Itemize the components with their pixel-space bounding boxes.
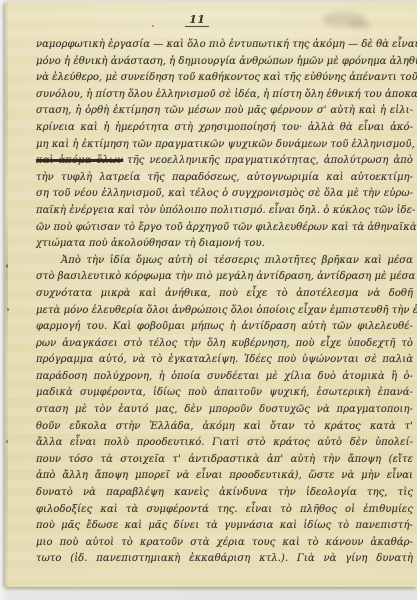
manuscript-line: στὸ βασιλευτικὸ κόρφωμα τὴν πιὸ μεγάλη ἀ…	[36, 269, 413, 286]
manuscript-line-text: τῆς νεοελληνικῆς πραγματικότητας, ἀπολύτ…	[127, 155, 413, 166]
paper-speck	[6, 440, 8, 443]
manuscript-line: δυνατὸ νὰ παραβλέψη κανεὶς ἀκίνδυνα τὴν …	[36, 485, 413, 502]
manuscript-line: φαρμογή του. Καὶ φοβοῦμαι μήπως ἡ ἀντίδρ…	[36, 319, 413, 336]
ink-bleed-smudge	[350, 20, 370, 29]
manuscript-line: τωτο (ἰδ. πανεπιστημιακὴ ἐκκαθάριση κτλ.…	[36, 551, 413, 568]
manuscript-line: θοῦν εὔκολα στὴν Ἑλλάδα, ἀκόμη καὶ ὅταν …	[36, 419, 413, 436]
manuscript-line: μετὰ μόνο ἐλευθερία ὅλοι ἀνθρώποις ὅλοι …	[36, 303, 413, 320]
manuscript-line: ῶν ποὺ φώτισαν τὸ ἔργο τοῦ ἀρχηγοῦ τῶν φ…	[36, 220, 413, 237]
paper-torn-edge	[5, 2, 8, 587]
paper-speck	[6, 264, 8, 268]
struck-out-text: καὶ ἀκόμα ὅλων	[36, 155, 123, 166]
manuscript-line: συνόλου, ἡ πίστη ὅλου ἑλληνισμοῦ σὲ ἰδέα…	[36, 87, 413, 104]
manuscript-line: ἀπὸ ἄλλη ἄποψη μπορεῖ νὰ εἶναι προοδευτι…	[36, 468, 413, 485]
manuscript-line: ἄλλα εἶναι πολὺ προοδευτικό. Γιατὶ στὸ κ…	[36, 435, 413, 452]
manuscript-line: παϊκὴ ἐνέργεια καὶ τὸν ὑπόλοιπο πολιτισμ…	[36, 203, 413, 220]
page-number: 11	[185, 13, 209, 27]
manuscript-line: μαδικὰ συμφέροντα, ἰδίως ποὺ ἀπαιτοῦν ψυ…	[36, 385, 413, 402]
manuscript-line: ναμορφωτικὴ ἐργασία — καὶ ὅλο πιὸ ἐντυπω…	[36, 37, 413, 54]
scan-background: 11 ναμορφωτικὴ ἐργασία — καὶ ὅλο πιὸ ἐντ…	[0, 0, 417, 600]
manuscript-line: μη καὶ ἡ ἐκτίμηση τῶν πραγματικῶν ψυχικῶ…	[36, 137, 413, 154]
manuscript-line: Ἀπὸ τὴν ἰδία ὅμως αὐτὴ οἱ τέσσερις πιλοτ…	[36, 253, 413, 270]
manuscript-line: τὴν τυφλὴ λατρεία τῆς παραδόσεως, αὐτογν…	[36, 170, 413, 187]
manuscript-line: καὶ ἀκόμα ὅλωντῆς νεοελληνικῆς πραγματικ…	[36, 153, 413, 170]
manuscript-line: ποὺ μᾶς ἔδωσε καὶ μᾶς δίνει τὰ γυμνάσια …	[36, 518, 413, 535]
manuscript-line: σταση, ἡ ὀρθὴ ἐκτίμηση τῶν μέσων ποὺ μᾶς…	[36, 103, 413, 120]
manuscript-page: 11 ναμορφωτικὴ ἐργασία — καὶ ὅλο πιὸ ἐντ…	[5, 2, 417, 587]
paper-speck	[152, 25, 154, 27]
manuscript-line: κρίνεια καὶ ἡ ἡμερότητα στὴ χρησιμοποίησ…	[36, 120, 413, 137]
manuscript-line: παράδοση πολύχρονη, ἡ ὁποία συνδέεται μὲ…	[36, 369, 413, 386]
manuscript-line: μόνο ἡ ἐθνικὴ ἀνάσταση, ἡ δημιουργία ἀνθ…	[36, 54, 413, 71]
manuscript-line: ση τοῦ νέου ἑλληνισμοῦ, καὶ τέλος ὁ συγχ…	[36, 186, 413, 203]
manuscript-line: νὰ ἐλεύθερο, μὲ συνείδηση τοῦ καθήκοντος…	[36, 70, 413, 87]
manuscript-line: πρόγραμμα αὐτό, νὰ τὸ ἐγκαταλείψη. Ἰδέες…	[36, 352, 413, 369]
manuscript-line: φιλοδοξίες καὶ τὰ συμφέροντά της. εἶναι …	[36, 502, 413, 519]
manuscript-line: σταση μὲ τὸν ἑαυτό μας, δὲν μποροῦν δυστ…	[36, 402, 413, 419]
manuscript-text: ναμορφωτικὴ ἐργασία — καὶ ὅλο πιὸ ἐντυπω…	[36, 37, 413, 568]
manuscript-line: ρων ἀναγκάσει στὸ τέλος τὴν ὅλη κυβέρνησ…	[36, 336, 413, 353]
paper-speck	[7, 308, 9, 311]
manuscript-line: πουν τόσο τὰ στοιχεῖα τ' ἀντιδραστικὰ ἀπ…	[36, 452, 413, 469]
manuscript-line: χτιώματα ποὺ ἀκολούθησαν τὴ διαμονή του.	[36, 236, 413, 253]
manuscript-line: συχνότατα μικρὰ καὶ ἀνήθικα, ποὺ εἶχε τὸ…	[36, 286, 413, 303]
manuscript-line: μιο ποὺ αὐτοὶ τὸ κρατοῦν στὰ χέρια τους …	[36, 535, 413, 552]
